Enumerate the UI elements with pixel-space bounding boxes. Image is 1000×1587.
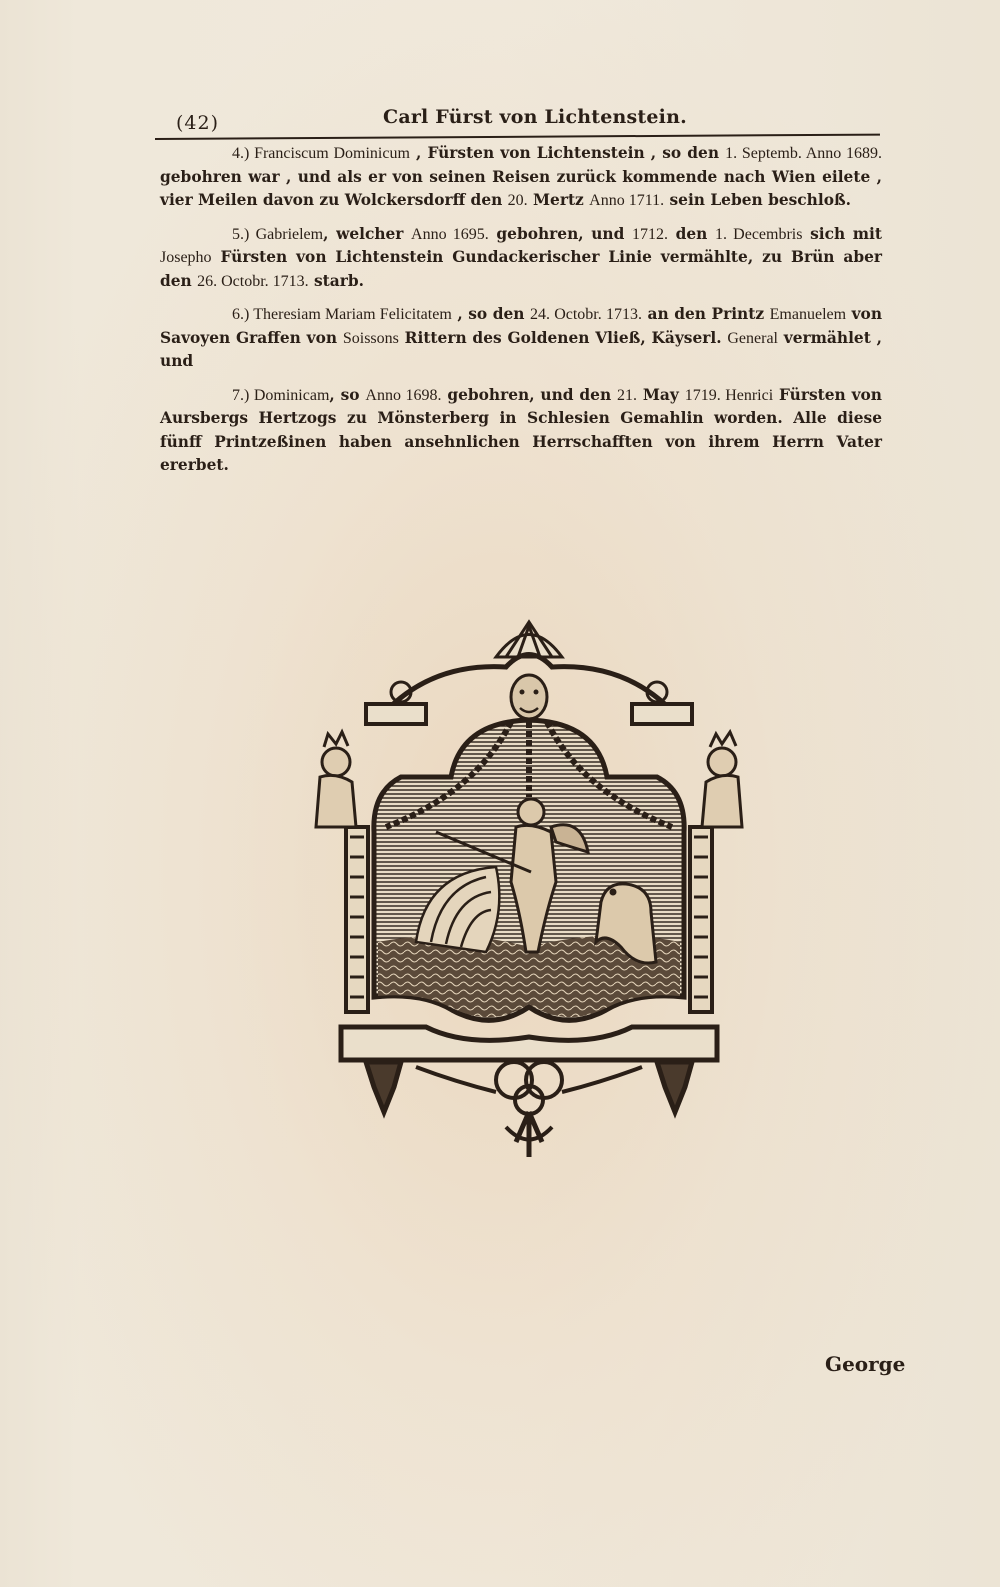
numeral-text: 6.) — [232, 306, 253, 323]
entry-6: 6.) Theresiam Mariam Felicitatem , so de… — [160, 303, 882, 374]
numeral-text: 21. — [617, 387, 637, 404]
latin-text: 1719. Henrici — [685, 387, 773, 404]
latin-text: Anno 1711. — [589, 192, 664, 209]
latin-text: Franciscum Dominicum — [254, 145, 410, 162]
fraktur-text: , so — [329, 386, 365, 404]
fraktur-text: sein Leben beschloß. — [664, 191, 851, 209]
entry-5: 5.) Gabrielem, welcher Anno 1695. gebohr… — [160, 223, 882, 294]
entry-4: 4.) Franciscum Dominicum , Fürsten von L… — [160, 142, 882, 213]
latin-text: Theresiam Mariam Felicitatem — [253, 306, 452, 323]
latin-text: Soissons — [343, 330, 399, 347]
fraktur-text: gebohren, und den — [441, 386, 617, 404]
mask-head — [511, 675, 547, 719]
shell-crest — [496, 622, 562, 657]
latin-text: Gabrielem — [256, 226, 324, 243]
latin-text: 24. Octobr. 1713. — [530, 306, 642, 323]
numeral-text: 4.) — [232, 145, 254, 162]
fraktur-text: , welcher — [323, 225, 411, 243]
engraving-vignette — [306, 612, 752, 1178]
numeral-text: 7.) — [232, 387, 254, 404]
fraktur-text: sich mit — [802, 225, 882, 243]
latin-text: Josepho — [160, 249, 212, 266]
numeral-text: 20. — [508, 192, 528, 209]
body-text: 4.) Franciscum Dominicum , Fürsten von L… — [160, 142, 882, 488]
numeral-text: 5.) — [232, 226, 256, 243]
fraktur-text: , so den — [452, 305, 530, 323]
latin-text: Anno 1695. — [411, 226, 489, 243]
fraktur-text: gebohren, und — [489, 225, 632, 243]
fraktur-text: Rittern des Goldenen Vließ, Käyserl. — [399, 329, 727, 347]
entry-7: 7.) Dominicam, so Anno 1698. gebohren, u… — [160, 384, 882, 478]
fraktur-text: Mertz — [528, 191, 590, 209]
latin-text: Emanuelem — [770, 306, 846, 323]
latin-text: General — [727, 330, 778, 347]
fraktur-text: an den Printz — [642, 305, 770, 323]
latin-text: 1. Decembris — [715, 226, 803, 243]
running-title: Carl Fürst von Lichtenstein. — [383, 106, 687, 128]
latin-text: Dominicam — [254, 387, 330, 404]
catchword: George — [825, 1352, 905, 1376]
fraktur-text: , Fürsten von Lichtenstein , so den — [410, 144, 725, 162]
interlaced-scrolls — [416, 1062, 642, 1157]
numeral-text: 1712. — [632, 226, 668, 243]
latin-text: Anno 1698. — [365, 387, 441, 404]
fraktur-text: May — [637, 386, 685, 404]
fraktur-text: den — [668, 225, 715, 243]
latin-text: 26. Octobr. 1713. — [197, 273, 309, 290]
latin-text: 1. Septemb. Anno 1689. — [725, 145, 882, 162]
book-page: (42) Carl Fürst von Lichtenstein. 4.) Fr… — [0, 0, 1000, 1587]
page-header: (42) Carl Fürst von Lichtenstein. — [158, 106, 880, 136]
page-number: (42) — [176, 112, 219, 134]
fraktur-text: starb. — [309, 272, 364, 290]
